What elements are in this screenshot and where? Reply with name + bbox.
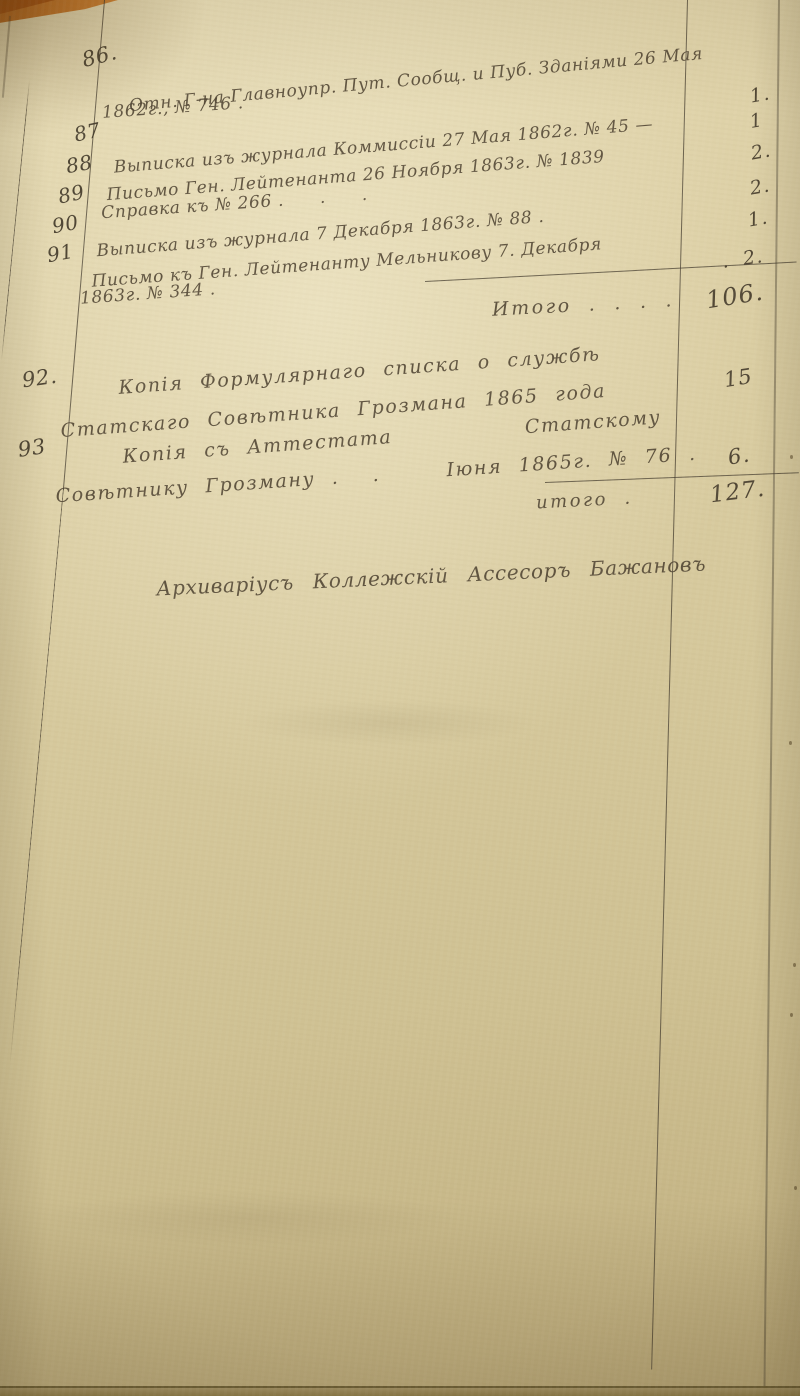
total-label: итого . xyxy=(536,489,633,512)
paper-speck xyxy=(790,1013,793,1017)
entry-number: 87 xyxy=(72,119,102,144)
total-value: 106. xyxy=(704,280,764,313)
entry-number: 91 xyxy=(45,241,75,265)
sheet-count: 2. xyxy=(750,141,773,163)
sheet-count: 1. xyxy=(747,208,770,230)
entry-number: 90 xyxy=(50,212,80,236)
archivist-signature: Архиваріусъ Коллежскій Ассесоръ Бажановъ xyxy=(156,554,707,599)
binding-edge xyxy=(0,0,118,26)
paper-edge-shadow xyxy=(2,16,11,98)
sheet-count: 1. xyxy=(749,84,772,106)
margin-rule-left-lower xyxy=(10,488,64,1064)
margin-rule-far-left xyxy=(1,80,30,361)
entry-text: 1862г., № 746 . xyxy=(102,95,245,122)
sheet-count: 1 xyxy=(748,111,764,132)
paper-speck xyxy=(794,1186,797,1190)
entry-number: 89 xyxy=(56,181,86,206)
sheet-count: 15 xyxy=(723,366,755,391)
entry-number: 88 xyxy=(64,152,94,176)
binding-edge-corner xyxy=(0,0,55,14)
bleedthrough-smudge xyxy=(240,700,540,746)
bleedthrough-smudge xyxy=(40,1190,460,1246)
ledger-page: 86. 87 88 89 90 91 92. 93 Отн. Г-на Глав… xyxy=(0,0,800,1396)
total-label: Итого . . . . xyxy=(492,291,675,320)
entry-number: 93 xyxy=(17,436,48,461)
entry-number: 86. xyxy=(80,42,119,71)
sheet-count: 2. xyxy=(749,176,772,198)
total-value: 127. xyxy=(709,478,767,508)
paper-speck xyxy=(793,963,796,967)
column-rule-sheets xyxy=(651,0,688,1370)
bottom-page-edge xyxy=(0,1386,800,1396)
entry-number: 92. xyxy=(21,366,59,392)
sheet-count: . 2. xyxy=(721,247,764,272)
paper-speck xyxy=(789,741,792,745)
paper-speck xyxy=(790,455,793,459)
sheet-count: 6. xyxy=(726,444,751,468)
